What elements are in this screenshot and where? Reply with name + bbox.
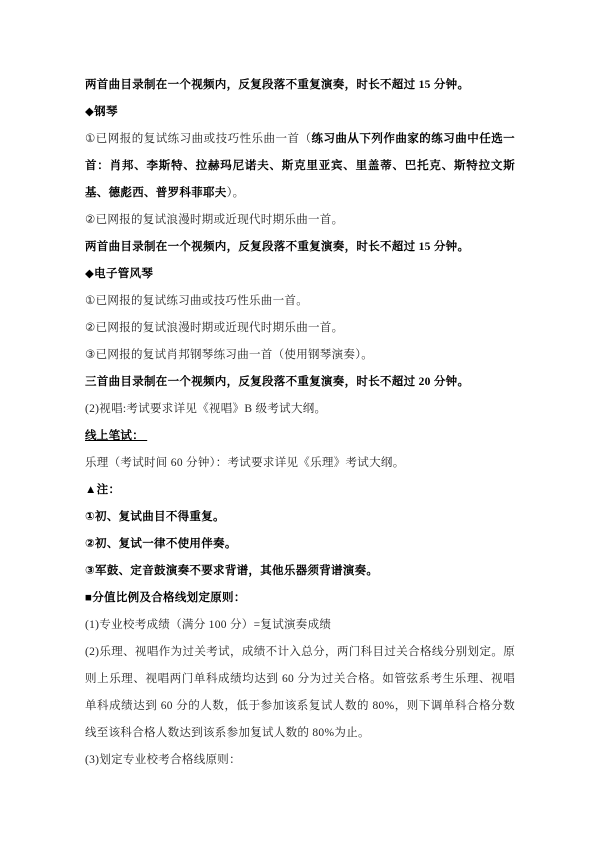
text-run: 乐理（考试时间 60 分钟）：考试要求详见《乐理》考试大纲。 [85,457,405,469]
paragraph: (2)乐理、视唱作为过关考试，成绩不计入总分，两门科目过关合格线分别划定。原则上… [85,639,515,747]
text-run: 三首曲目录制在一个视频内，反复段落不重复演奏，时长不超过 20 分钟。 [85,376,469,388]
text-run: ①已网报的复试练习曲或技巧性乐曲一首。 [85,295,308,307]
text-run: ②已网报的复试浪漫时期或近现代时期乐曲一首。 [85,322,343,334]
text-run: ）。 [227,187,245,199]
text-run: 两首曲目录制在一个视频内，反复段落不重复演奏，时长不超过 15 分钟。 [85,241,469,253]
text-run: ③军鼓、定音鼓演奏不要求背谱，其他乐器须背谱演奏。 [85,565,378,577]
text-run: ■分值比例及合格线划定原则： [85,592,246,604]
text-run: (1)专业校考成绩（满分 100 分）=复试演奏成绩 [85,619,331,631]
paragraph: ◆电子管风琴 [85,261,515,288]
text-run: ②初、复试一律不使用伴奏。 [85,538,237,550]
text-run: ◆钢琴 [85,106,118,118]
text-run: ①已网报的复试练习曲或技巧性乐曲一首（ [85,133,311,145]
text-run: 两首曲目录制在一个视频内，反复段落不重复演奏，时长不超过 15 分钟。 [85,79,469,91]
text-run: ①初、复试曲目不得重复。 [85,511,225,523]
paragraph: ②已网报的复试浪漫时期或近现代时期乐曲一首。 [85,207,515,234]
text-run: (3)划定专业校考合格线原则： [85,754,241,766]
paragraph: 三首曲目录制在一个视频内，反复段落不重复演奏，时长不超过 20 分钟。 [85,369,515,396]
paragraph: (1)专业校考成绩（满分 100 分）=复试演奏成绩 [85,612,515,639]
paragraph: ①已网报的复试练习曲或技巧性乐曲一首。 [85,288,515,315]
paragraph: 乐理（考试时间 60 分钟）：考试要求详见《乐理》考试大纲。 [85,450,515,477]
text-run: ▲注： [85,484,120,496]
paragraph: 两首曲目录制在一个视频内，反复段落不重复演奏，时长不超过 15 分钟。 [85,72,515,99]
document-body: 两首曲目录制在一个视频内，反复段落不重复演奏，时长不超过 15 分钟。◆钢琴①已… [85,72,515,774]
paragraph: ①初、复试曲目不得重复。 [85,504,515,531]
paragraph: (3)划定专业校考合格线原则： [85,747,515,774]
paragraph: ◆钢琴 [85,99,515,126]
text-run: ◆电子管风琴 [85,268,153,280]
text-run: ③已网报的复试肖邦钢琴练习曲一首（使用钢琴演奏）。 [85,349,373,361]
text-run: ②已网报的复试浪漫时期或近现代时期乐曲一首。 [85,214,343,226]
text-run: (2)视唱:考试要求详见《视唱》B 级考试大纲。 [85,403,326,415]
text-run: 线上笔试： [85,430,147,442]
text-run: (2)乐理、视唱作为过关考试，成绩不计入总分，两门科目过关合格线分别划定。原则上… [85,646,515,739]
page: { "page": { "background": "#ffffff", "te… [0,0,600,849]
paragraph: (2)视唱:考试要求详见《视唱》B 级考试大纲。 [85,396,515,423]
paragraph: ②初、复试一律不使用伴奏。 [85,531,515,558]
paragraph: 两首曲目录制在一个视频内，反复段落不重复演奏，时长不超过 15 分钟。 [85,234,515,261]
paragraph: ③军鼓、定音鼓演奏不要求背谱，其他乐器须背谱演奏。 [85,558,515,585]
paragraph: ②已网报的复试浪漫时期或近现代时期乐曲一首。 [85,315,515,342]
document-page: 两首曲目录制在一个视频内，反复段落不重复演奏，时长不超过 15 分钟。◆钢琴①已… [0,0,600,849]
paragraph: ③已网报的复试肖邦钢琴练习曲一首（使用钢琴演奏）。 [85,342,515,369]
paragraph: 线上笔试： [85,423,515,450]
paragraph: ■分值比例及合格线划定原则： [85,585,515,612]
paragraph: ▲注： [85,477,515,504]
paragraph: ①已网报的复试练习曲或技巧性乐曲一首（练习曲从下列作曲家的练习曲中任选一首：肖邦… [85,126,515,207]
